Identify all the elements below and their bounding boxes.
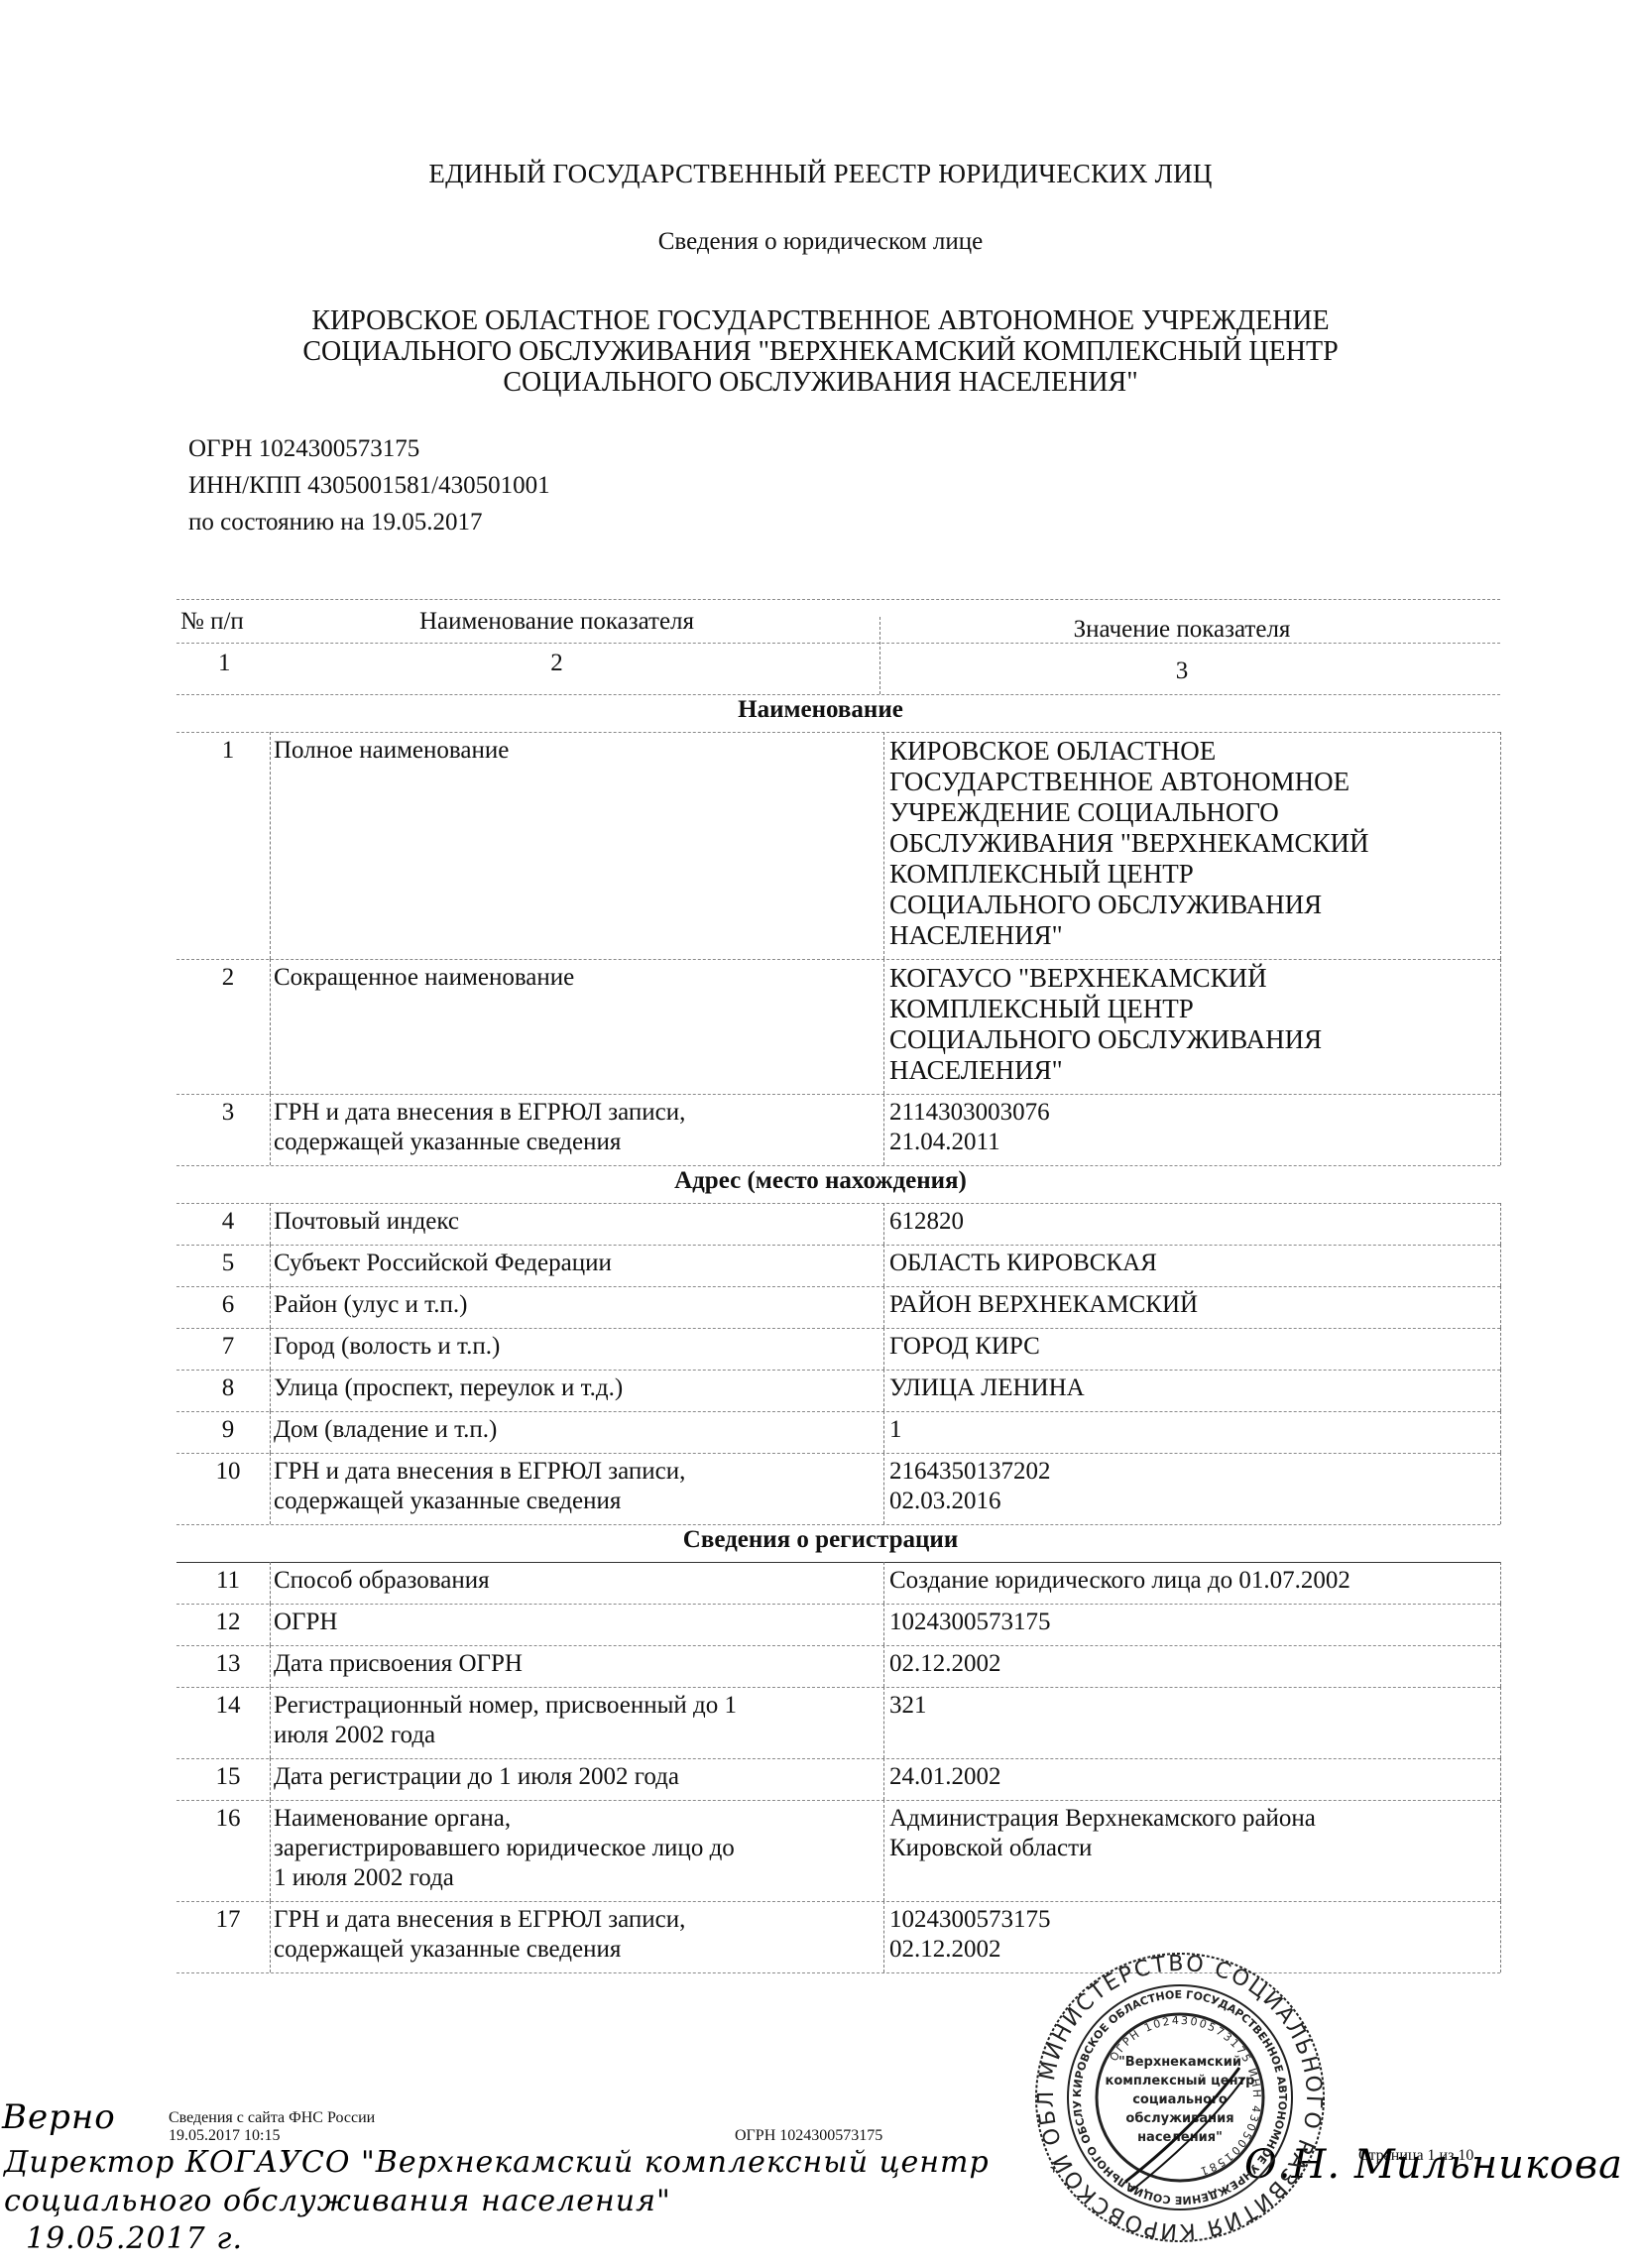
row-indicator-value: 02.12.2002 — [889, 1649, 1504, 1679]
table-divider — [270, 1800, 271, 1901]
seal-center-line: населения" — [1137, 2130, 1223, 2145]
official-seal: МИНИСТЕРСТВО СОЦИАЛЬНОГО РАЗВИТИЯ КИРОВС… — [1031, 1949, 1329, 2246]
indicator-name-line: содержащей указанные сведения — [274, 1487, 879, 1516]
table-divider — [1500, 1901, 1501, 1972]
indicator-value-line: НАСЕЛЕНИЯ" — [889, 920, 1504, 951]
table-divider — [270, 1758, 271, 1800]
table-divider — [270, 1094, 271, 1165]
row-indicator-value: КОГАУСО "ВЕРХНЕКАМСКИЙКОМПЛЕКСНЫЙ ЦЕНТРС… — [889, 963, 1504, 1086]
table-divider — [270, 1562, 271, 1604]
indicator-name-line: Район (улус и т.п.) — [274, 1290, 879, 1320]
table-divider — [1500, 1094, 1501, 1165]
indicator-value-line: УЧРЕЖДЕНИЕ СОЦИАЛЬНОГО — [889, 797, 1504, 828]
indicator-value-line: КИРОВСКОЕ ОБЛАСТНОЕ — [889, 736, 1504, 767]
indicator-name-line: Субъект Российской Федерации — [274, 1249, 879, 1278]
row-indicator-name: Улица (проспект, переулок и т.д.) — [274, 1373, 879, 1403]
indicator-value-line: КОМПЛЕКСНЫЙ ЦЕНТР — [889, 859, 1504, 890]
indicator-name-line: Дата присвоения ОГРН — [274, 1649, 879, 1679]
table-rule — [176, 1901, 1500, 1902]
table-divider — [883, 959, 884, 1094]
indicator-value-line: РАЙОН ВЕРХНЕКАМСКИЙ — [889, 1290, 1504, 1320]
row-indicator-value: 1 — [889, 1415, 1504, 1445]
table-divider — [1500, 732, 1501, 959]
indicator-name-line: Город (волость и т.п.) — [274, 1332, 879, 1362]
handwritten-date: 19.05.2017 г. — [26, 2221, 243, 2256]
table-divider — [270, 1286, 271, 1328]
row-number: 17 — [188, 1905, 268, 1935]
table-rule — [176, 1411, 1500, 1412]
table-rule — [176, 1245, 1500, 1246]
table-divider — [883, 1203, 884, 1245]
table-divider — [883, 732, 884, 959]
footer-timestamp: 19.05.2017 10:15 — [169, 2127, 375, 2145]
indicator-value-line: Создание юридического лица до 01.07.2002 — [889, 1566, 1504, 1596]
table-divider — [883, 1453, 884, 1524]
indicator-name-line: зарегистрировавшего юридическое лицо до — [274, 1834, 879, 1863]
indicator-name-line: ГРН и дата внесения в ЕГРЮЛ записи, — [274, 1905, 879, 1935]
row-indicator-name: ГРН и дата внесения в ЕГРЮЛ записи,содер… — [274, 1905, 879, 1965]
row-number: 12 — [188, 1608, 268, 1637]
indicator-value-line: 02.12.2002 — [889, 1649, 1504, 1679]
table-rule — [176, 1203, 1500, 1204]
row-indicator-name: Почтовый индекс — [274, 1207, 879, 1237]
row-number: 9 — [188, 1415, 268, 1445]
table-divider — [1500, 1245, 1501, 1286]
table-divider — [1500, 1453, 1501, 1524]
row-indicator-name: Дом (владение и т.п.) — [274, 1415, 879, 1445]
indicator-value-line: НАСЕЛЕНИЯ" — [889, 1055, 1504, 1086]
row-indicator-name: ГРН и дата внесения в ЕГРЮЛ записи,содер… — [274, 1098, 879, 1157]
footer-source-block: Сведения с сайта ФНС России 19.05.2017 1… — [169, 2109, 375, 2145]
row-number: 7 — [188, 1332, 268, 1362]
column-number: 1 — [218, 649, 231, 678]
table-rule — [176, 1524, 1500, 1525]
row-number: 1 — [188, 736, 268, 766]
table-divider — [883, 1604, 884, 1645]
table-divider — [883, 1245, 884, 1286]
row-indicator-name: Сокращенное наименование — [274, 963, 879, 993]
indicator-name-line: содержащей указанные сведения — [274, 1128, 879, 1157]
table-divider — [883, 1687, 884, 1758]
indicator-value-line: 1 — [889, 1415, 1504, 1445]
row-number: 8 — [188, 1373, 268, 1403]
row-indicator-name: Город (волость и т.п.) — [274, 1332, 879, 1362]
row-number: 11 — [188, 1566, 268, 1596]
handwritten-line-1: Директор КОГАУСО "Верхнекамский комплекс… — [4, 2145, 990, 2180]
table-divider — [270, 1328, 271, 1370]
row-number: 2 — [188, 963, 268, 993]
row-indicator-value: 211430300307621.04.2011 — [889, 1098, 1504, 1157]
table-divider — [883, 1370, 884, 1411]
row-indicator-name: Наименование органа,зарегистрировавшего … — [274, 1804, 879, 1893]
table-divider — [1500, 959, 1501, 1094]
row-indicator-value: ОБЛАСТЬ КИРОВСКАЯ — [889, 1249, 1504, 1278]
table-divider — [883, 1645, 884, 1687]
table-divider — [270, 1203, 271, 1245]
header-value: Значение показателя — [883, 615, 1480, 645]
indicator-name-line: ГРН и дата внесения в ЕГРЮЛ записи, — [274, 1098, 879, 1128]
egrul-table: № п/пНаименование показателяЗначение пок… — [0, 0, 1641, 2268]
table-divider — [1500, 1286, 1501, 1328]
seal-center-line: "Верхнекамский — [1118, 2055, 1241, 2070]
table-divider — [1500, 1758, 1501, 1800]
handwritten-verified: Верно — [2, 2097, 116, 2137]
table-divider — [1500, 1370, 1501, 1411]
row-indicator-value: ГОРОД КИРС — [889, 1332, 1504, 1362]
table-divider — [883, 1411, 884, 1453]
indicator-name-line: ОГРН — [274, 1608, 879, 1637]
row-indicator-value: РАЙОН ВЕРХНЕКАМСКИЙ — [889, 1290, 1504, 1320]
table-divider — [883, 1286, 884, 1328]
indicator-value-line: УЛИЦА ЛЕНИНА — [889, 1373, 1504, 1403]
indicator-name-line: Дом (владение и т.п.) — [274, 1415, 879, 1445]
indicator-value-line: 24.01.2002 — [889, 1762, 1504, 1792]
row-indicator-name: ГРН и дата внесения в ЕГРЮЛ записи,содер… — [274, 1457, 879, 1516]
section-title: Адрес (место нахождения) — [0, 1167, 1641, 1195]
table-divider — [1500, 1203, 1501, 1245]
table-rule — [176, 1645, 1500, 1646]
indicator-name-line: Сокращенное наименование — [274, 963, 879, 993]
table-rule — [176, 694, 1500, 695]
table-divider — [270, 732, 271, 959]
indicator-name-line: Улица (проспект, переулок и т.д.) — [274, 1373, 879, 1403]
seal-center-line: обслуживания — [1125, 2111, 1233, 2126]
indicator-value-line: 1024300573175 — [889, 1905, 1504, 1935]
indicator-name-line: содержащей указанные сведения — [274, 1935, 879, 1965]
indicator-value-line: СОЦИАЛЬНОГО ОБСЛУЖИВАНИЯ — [889, 890, 1504, 920]
indicator-value-line: Кировской области — [889, 1834, 1504, 1863]
row-indicator-value: Администрация Верхнекамского районаКиров… — [889, 1804, 1504, 1863]
indicator-value-line: ГОСУДАРСТВЕННОЕ АВТОНОМНОЕ — [889, 767, 1504, 797]
row-indicator-name: Регистрационный номер, присвоенный до 1и… — [274, 1691, 879, 1750]
row-indicator-name: Полное наименование — [274, 736, 879, 766]
row-number: 13 — [188, 1649, 268, 1679]
header-num: № п/п — [180, 607, 244, 637]
table-rule — [176, 1286, 1500, 1287]
table-divider — [270, 1645, 271, 1687]
row-number: 16 — [188, 1804, 268, 1834]
row-number: 6 — [188, 1290, 268, 1320]
indicator-name-line: Наименование органа, — [274, 1804, 879, 1834]
indicator-name-line: Почтовый индекс — [274, 1207, 879, 1237]
table-rule — [176, 1453, 1500, 1454]
table-divider — [883, 1094, 884, 1165]
row-number: 5 — [188, 1249, 268, 1278]
row-indicator-name: Субъект Российской Федерации — [274, 1249, 879, 1278]
table-rule — [176, 643, 1500, 644]
row-indicator-name: ОГРН — [274, 1608, 879, 1637]
row-indicator-name: Дата регистрации до 1 июля 2002 года — [274, 1762, 879, 1792]
indicator-value-line: Администрация Верхнекамского района — [889, 1804, 1504, 1834]
row-number: 10 — [188, 1457, 268, 1487]
indicator-name-line: июля 2002 года — [274, 1721, 879, 1750]
handwritten-line-2: социального обслуживания населения" — [4, 2184, 671, 2218]
table-rule — [176, 1800, 1500, 1801]
row-indicator-name: Способ образования — [274, 1566, 879, 1596]
table-rule — [176, 1328, 1500, 1329]
table-divider — [270, 1687, 271, 1758]
table-divider — [879, 617, 880, 694]
indicator-value-line: 2114303003076 — [889, 1098, 1504, 1128]
row-number: 14 — [188, 1691, 268, 1721]
table-divider — [883, 1328, 884, 1370]
indicator-value-line: КОМПЛЕКСНЫЙ ЦЕНТР — [889, 994, 1504, 1024]
row-indicator-name: Дата присвоения ОГРН — [274, 1649, 879, 1679]
table-divider — [1500, 1411, 1501, 1453]
column-number: 2 — [270, 649, 844, 678]
table-divider — [270, 1901, 271, 1972]
row-indicator-value: УЛИЦА ЛЕНИНА — [889, 1373, 1504, 1403]
row-number: 3 — [188, 1098, 268, 1128]
indicator-name-line: Регистрационный номер, присвоенный до 1 — [274, 1691, 879, 1721]
table-divider — [1500, 1687, 1501, 1758]
table-rule — [176, 1604, 1500, 1605]
table-divider — [270, 1411, 271, 1453]
table-divider — [883, 1901, 884, 1972]
table-divider — [1500, 1562, 1501, 1604]
indicator-value-line: ГОРОД КИРС — [889, 1332, 1504, 1362]
footer-source: Сведения с сайта ФНС России — [169, 2109, 375, 2127]
table-divider — [1500, 1645, 1501, 1687]
table-divider — [1500, 1800, 1501, 1901]
indicator-value-line: 02.03.2016 — [889, 1487, 1504, 1516]
table-rule — [176, 959, 1500, 960]
row-indicator-value: 321 — [889, 1691, 1504, 1721]
indicator-value-line: 321 — [889, 1691, 1504, 1721]
header-name: Наименование показателя — [270, 607, 844, 637]
table-divider — [270, 1245, 271, 1286]
row-number: 4 — [188, 1207, 268, 1237]
row-indicator-value: Создание юридического лица до 01.07.2002 — [889, 1566, 1504, 1596]
row-indicator-value: 612820 — [889, 1207, 1504, 1237]
table-rule — [176, 1094, 1500, 1095]
indicator-value-line: КОГАУСО "ВЕРХНЕКАМСКИЙ — [889, 963, 1504, 994]
footer-ogrn: ОГРН 1024300573175 — [735, 2127, 882, 2145]
indicator-name-line: Дата регистрации до 1 июля 2002 года — [274, 1762, 879, 1792]
indicator-name-line: 1 июля 2002 года — [274, 1863, 879, 1893]
table-rule — [176, 1758, 1500, 1759]
table-divider — [883, 1800, 884, 1901]
indicator-value-line: СОЦИАЛЬНОГО ОБСЛУЖИВАНИЯ — [889, 1024, 1504, 1055]
table-divider — [1500, 1604, 1501, 1645]
table-divider — [270, 1604, 271, 1645]
indicator-name-line: Способ образования — [274, 1566, 879, 1596]
indicator-value-line: 612820 — [889, 1207, 1504, 1237]
indicator-value-line: ОБСЛУЖИВАНИЯ "ВЕРХНЕКАМСКИЙ — [889, 828, 1504, 859]
section-title: Наименование — [0, 696, 1641, 724]
row-number: 15 — [188, 1762, 268, 1792]
table-rule — [176, 1165, 1500, 1166]
row-indicator-value: 24.01.2002 — [889, 1762, 1504, 1792]
indicator-value-line: 2164350137202 — [889, 1457, 1504, 1487]
row-indicator-value: 1024300573175 — [889, 1608, 1504, 1637]
table-rule — [176, 732, 1500, 733]
seal-stamp-icon: МИНИСТЕРСТВО СОЦИАЛЬНОГО РАЗВИТИЯ КИРОВС… — [1031, 1949, 1329, 2246]
indicator-value-line: 1024300573175 — [889, 1608, 1504, 1637]
table-divider — [270, 1453, 271, 1524]
table-rule — [176, 1370, 1500, 1371]
indicator-value-line: 21.04.2011 — [889, 1128, 1504, 1157]
section-title: Сведения о регистрации — [0, 1526, 1641, 1554]
table-rule — [176, 1687, 1500, 1688]
column-number: 3 — [883, 657, 1480, 686]
indicator-name-line: Полное наименование — [274, 736, 879, 766]
table-divider — [883, 1758, 884, 1800]
table-rule — [176, 599, 1500, 600]
row-indicator-name: Район (улус и т.п.) — [274, 1290, 879, 1320]
table-rule — [176, 1562, 1500, 1563]
row-indicator-value: 216435013720202.03.2016 — [889, 1457, 1504, 1516]
table-divider — [270, 959, 271, 1094]
table-divider — [270, 1370, 271, 1411]
indicator-name-line: ГРН и дата внесения в ЕГРЮЛ записи, — [274, 1457, 879, 1487]
indicator-value-line: ОБЛАСТЬ КИРОВСКАЯ — [889, 1249, 1504, 1278]
table-divider — [883, 1562, 884, 1604]
table-divider — [1500, 1328, 1501, 1370]
row-indicator-value: КИРОВСКОЕ ОБЛАСТНОЕГОСУДАРСТВЕННОЕ АВТОН… — [889, 736, 1504, 951]
